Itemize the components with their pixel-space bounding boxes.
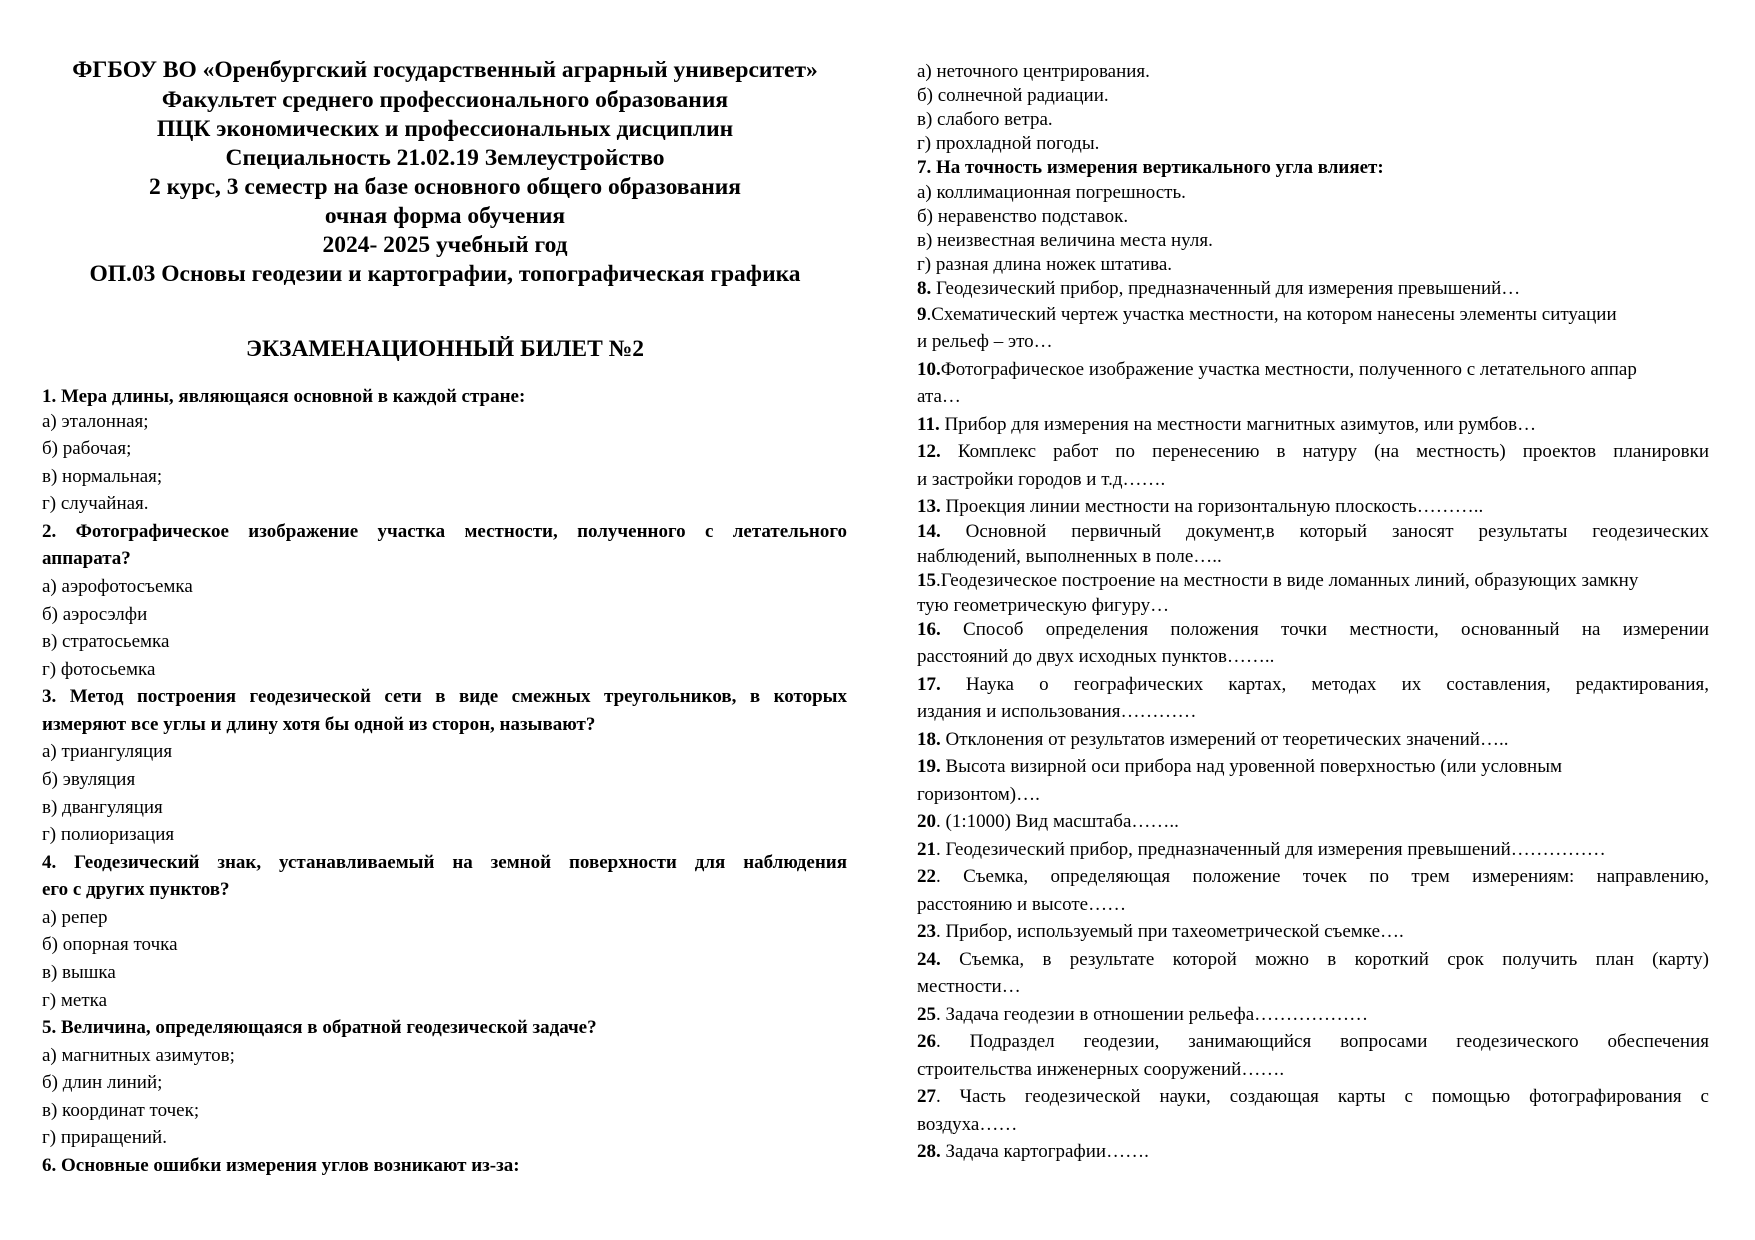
- question-text: . Прибор, используемый при тахеометричес…: [936, 921, 1404, 942]
- question-text: . (1:1000) Вид масштаба……..: [936, 811, 1179, 832]
- question-line: 22. Съемка, определяющая положение точек…: [917, 865, 1709, 889]
- question-text: Задача картографии…….: [941, 1141, 1149, 1162]
- header-discipline: ОП.03 Основы геодезии и картографии, топ…: [30, 260, 860, 289]
- question-text: 5. Величина, определяющаяся в обратной г…: [42, 1016, 847, 1040]
- question-line: воздуха……: [917, 1113, 1709, 1137]
- header-university: ФГБОУ ВО «Оренбургский государственный а…: [30, 56, 860, 85]
- answer-option: а) триангуляция: [42, 740, 847, 764]
- question-text: .Схематический чертеж участка местности,…: [927, 304, 1617, 325]
- question-text: Основной первичный документ,в который за…: [966, 521, 1709, 542]
- question-line: 28. Задача картографии…….: [917, 1140, 1709, 1164]
- question-number: 25: [917, 1004, 936, 1025]
- question-line: 14. Основной первичный документ,в которы…: [917, 520, 1709, 544]
- question-number: 9: [917, 304, 927, 325]
- question-line: 16. Способ определения положения точки м…: [917, 618, 1709, 642]
- question-number: 12.: [917, 441, 941, 462]
- question-text: . Часть геодезической науки, создающая к…: [936, 1086, 1709, 1107]
- question-line: 20. (1:1000) Вид масштаба……..: [917, 810, 1709, 834]
- question-text: измеряют все углы и длину хотя бы одной …: [42, 713, 847, 737]
- question-text: .Геодезическое построение на местности в…: [936, 570, 1638, 591]
- question-line: расстояний до двух исходных пунктов……..: [917, 645, 1709, 669]
- answer-option: в) нормальная;: [42, 465, 847, 489]
- answer-option: а) аэрофотосъемка: [42, 575, 847, 599]
- question-number: 28.: [917, 1141, 941, 1162]
- question-text: . Задача геодезии в отношении рельефа…………: [936, 1004, 1368, 1025]
- question-text: его с других пунктов?: [42, 878, 847, 902]
- question-line: наблюдений, выполненных в поле…..: [917, 545, 1709, 569]
- answer-option: а) репер: [42, 906, 847, 930]
- question-text: 4. Геодезический знак, устанавливаемый н…: [42, 851, 847, 875]
- question-text: аппарата?: [42, 547, 847, 571]
- answer-option: г) разная длина ножек штатива.: [917, 253, 1709, 277]
- exam-ticket-page: ФГБОУ ВО «Оренбургский государственный а…: [0, 0, 1755, 1240]
- header-faculty: Факультет среднего профессионального обр…: [30, 86, 860, 115]
- ticket-title: ЭКЗАМЕНАЦИОННЫЙ БИЛЕТ №2: [30, 335, 860, 364]
- answer-option: а) коллимационная погрешность.: [917, 181, 1709, 205]
- answer-option: б) эвуляция: [42, 768, 847, 792]
- question-text: Комплекс работ по перенесению в натуру (…: [958, 441, 1709, 462]
- answer-option: а) эталонная;: [42, 410, 847, 434]
- question-number: 24.: [917, 949, 941, 970]
- question-number: 26: [917, 1031, 936, 1052]
- question-line: 17. Наука о географических картах, метод…: [917, 673, 1709, 697]
- question-text: Способ определения положения точки местн…: [963, 619, 1709, 640]
- question-number: 20: [917, 811, 936, 832]
- question-text: 7. На точность измерения вертикального у…: [917, 156, 1709, 180]
- answer-option: в) координат точек;: [42, 1099, 847, 1123]
- question-text: Фотографическое изображение участка мест…: [941, 359, 1637, 380]
- question-number: 10.: [917, 359, 941, 380]
- question-text: . Съемка, определяющая положение точек п…: [936, 866, 1709, 887]
- answer-option: а) магнитных азимутов;: [42, 1044, 847, 1068]
- question-line: 10.Фотографическое изображение участка м…: [917, 358, 1709, 382]
- header-study-form: очная форма обучения: [30, 202, 860, 231]
- answer-option: в) стратосьемка: [42, 630, 847, 654]
- question-line: местности…: [917, 975, 1709, 999]
- question-text: Наука о географических картах, методах и…: [966, 674, 1709, 695]
- answer-option: в) слабого ветра.: [917, 108, 1709, 132]
- question-line: тую геометрическую фигуру…: [917, 594, 1709, 618]
- answer-option: б) неравенство подставок.: [917, 205, 1709, 229]
- answer-option: б) солнечной радиации.: [917, 84, 1709, 108]
- question-number: 27: [917, 1086, 936, 1107]
- header-academic-year: 2024- 2025 учебный год: [30, 231, 860, 260]
- question-text: Прибор для измерения на местности магнит…: [940, 414, 1536, 435]
- question-text: 3. Метод построения геодезической сети в…: [42, 685, 847, 709]
- header-course: 2 курс, 3 семестр на базе основного обще…: [30, 173, 860, 202]
- question-text: . Подраздел геодезии, занимающийся вопро…: [936, 1031, 1709, 1052]
- question-text: Отклонения от результатов измерений от т…: [941, 729, 1509, 750]
- answer-option: в) вышка: [42, 961, 847, 985]
- answer-option: г) приращений.: [42, 1126, 847, 1150]
- answer-option: г) метка: [42, 989, 847, 1013]
- question-text: Проекция линии местности на горизонтальн…: [941, 496, 1484, 517]
- answer-option: г) прохладной погоды.: [917, 132, 1709, 156]
- question-line: издания и использования…………: [917, 700, 1709, 724]
- header-specialty: Специальность 21.02.19 Землеустройство: [30, 144, 860, 173]
- question-number: 21: [917, 839, 936, 860]
- question-line: 25. Задача геодезии в отношении рельефа……: [917, 1003, 1709, 1027]
- header-department: ПЦК экономических и профессиональных дис…: [30, 115, 860, 144]
- question-number: 8.: [917, 278, 931, 299]
- question-number: 23: [917, 921, 936, 942]
- question-number: 22: [917, 866, 936, 887]
- question-number: 14.: [917, 521, 941, 542]
- question-line: и рельеф – это…: [917, 330, 1709, 354]
- question-line: строительства инженерных сооружений…….: [917, 1058, 1709, 1082]
- question-text: Съемка, в результате которой можно в кор…: [959, 949, 1709, 970]
- question-text: 2. Фотографическое изображение участка м…: [42, 520, 847, 544]
- question-text: . Геодезический прибор, предназначенный …: [936, 839, 1606, 860]
- question-line: 19. Высота визирной оси прибора над уров…: [917, 755, 1709, 779]
- question-line: 11. Прибор для измерения на местности ма…: [917, 413, 1709, 437]
- question-line: 9.Схематический чертеж участка местности…: [917, 303, 1709, 327]
- question-number: 16.: [917, 619, 941, 640]
- question-text: 1. Мера длины, являющаяся основной в каж…: [42, 385, 847, 409]
- question-line: 13. Проекция линии местности на горизонт…: [917, 495, 1709, 519]
- question-line: 8. Геодезический прибор, предназначенный…: [917, 277, 1709, 301]
- question-line: ата…: [917, 385, 1709, 409]
- question-line: 21. Геодезический прибор, предназначенны…: [917, 838, 1709, 862]
- question-line: горизонтом)….: [917, 783, 1709, 807]
- question-number: 19.: [917, 756, 941, 777]
- answer-option: г) полиоризация: [42, 823, 847, 847]
- answer-option: а) неточного центрирования.: [917, 60, 1709, 84]
- question-line: 18. Отклонения от результатов измерений …: [917, 728, 1709, 752]
- answer-option: б) опорная точка: [42, 933, 847, 957]
- question-line: 26. Подраздел геодезии, занимающийся воп…: [917, 1030, 1709, 1054]
- question-line: 15.Геодезическое построение на местности…: [917, 569, 1709, 593]
- question-number: 18.: [917, 729, 941, 750]
- answer-option: г) случайная.: [42, 492, 847, 516]
- question-number: 13.: [917, 496, 941, 517]
- question-number: 11.: [917, 414, 940, 435]
- answer-option: б) аэросэлфи: [42, 603, 847, 627]
- question-line: 23. Прибор, используемый при тахеометрич…: [917, 920, 1709, 944]
- question-line: расстоянию и высоте……: [917, 893, 1709, 917]
- answer-option: б) рабочая;: [42, 437, 847, 461]
- question-number: 15: [917, 570, 936, 591]
- question-line: 24. Съемка, в результате которой можно в…: [917, 948, 1709, 972]
- question-text: 6. Основные ошибки измерения углов возни…: [42, 1154, 847, 1178]
- question-line: и застройки городов и т.д…….: [917, 468, 1709, 492]
- answer-option: в) неизвестная величина места нуля.: [917, 229, 1709, 253]
- question-line: 12. Комплекс работ по перенесению в нату…: [917, 440, 1709, 464]
- question-number: 17.: [917, 674, 941, 695]
- answer-option: в) двангуляция: [42, 796, 847, 820]
- answer-option: г) фотосьемка: [42, 658, 847, 682]
- question-line: 27. Часть геодезической науки, создающая…: [917, 1085, 1709, 1109]
- question-text: Высота визирной оси прибора над уровенно…: [941, 756, 1562, 777]
- answer-option: б) длин линий;: [42, 1071, 847, 1095]
- question-text: Геодезический прибор, предназначенный дл…: [936, 278, 1520, 299]
